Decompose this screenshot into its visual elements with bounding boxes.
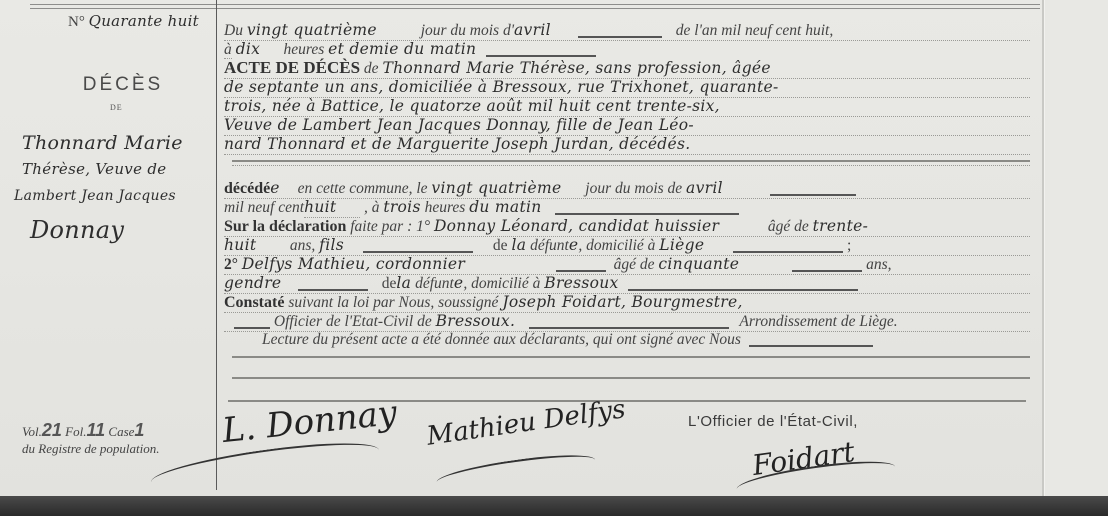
fill-line [529, 316, 729, 329]
declarant-1-city: Liège [659, 235, 729, 255]
text-age-de-2: âgé de [614, 256, 655, 273]
line-declarant-1-relation: huit ans, fils de la défunte, domicilié … [224, 235, 1030, 256]
feminine-suffix: e [569, 236, 578, 254]
deceased-identity: Thonnard Marie Thérèse, sans profession,… [382, 59, 770, 77]
text-sur-la-declaration: Sur la déclaration [224, 218, 346, 235]
text-du: Du [224, 22, 243, 39]
commune-written: Bressoux. [436, 311, 526, 331]
text-lecture: Lecture du présent acte a été donnée aux… [262, 331, 741, 348]
fill-line [298, 278, 368, 291]
text-year: de l'an mil neuf cent huit, [676, 22, 833, 39]
text-jour-du-mois: jour du mois d' [421, 22, 514, 39]
text-2: 2° [224, 256, 238, 273]
margin-deceased-line-2: Thérèse, Veuve de [22, 160, 166, 178]
declarant-2-relation: gendre [224, 273, 294, 293]
line-5: trois, née à Battice, le quatorze août m… [224, 96, 1030, 117]
line-declarant-2: 2° Delfys Mathieu, cordonnier âgé de cin… [224, 254, 1030, 275]
act-number-label: N° [68, 14, 85, 30]
blank-rule-2 [232, 377, 1030, 379]
line-constate: Constaté suivant la loi par Nous, soussi… [224, 292, 1030, 313]
line-6: Veuve de Lambert Jean Jacques Donnay, fi… [224, 115, 1030, 136]
fill-line [792, 259, 862, 272]
text-decede: décédé [224, 180, 270, 197]
hour-written: dix [236, 39, 280, 59]
text-suivant-la-loi: suivant la loi par Nous, soussigné [288, 294, 498, 311]
margin-deceased-line-3: Lambert Jean Jacques [14, 188, 176, 204]
margin-deceased-line-4: Donnay [30, 216, 124, 244]
line-date: Du vingt quatrième jour du mois d'avril … [224, 20, 1030, 41]
officer-label: L'Officier de l'État-Civil, [688, 413, 858, 430]
time-detail: et demie du matin [328, 40, 476, 58]
text-arrondissement: Arrondissement de Liège. [739, 313, 897, 330]
adjacent-page-margin [1044, 0, 1108, 496]
death-certificate-page: N° Quarante huit DÉCÈS DE Thonnard Marie… [0, 0, 1108, 516]
margin-divider [216, 0, 217, 490]
text-la: la [396, 274, 411, 292]
text-defunt: défunt [415, 275, 454, 292]
declarant-2: Delfys Mathieu, cordonnier [242, 254, 552, 274]
text-jour-mois: jour du mois de [585, 180, 682, 197]
text-heures: heures [284, 41, 325, 58]
text-mil-neuf-cent: mil neuf cent [224, 199, 304, 216]
folio-value: 11 [86, 420, 105, 440]
fill-line [486, 44, 596, 57]
line-time: à dix heures et demie du matin [224, 39, 1030, 59]
officer-name: Joseph Foidart, Bourgmestre, [502, 293, 742, 311]
fill-line [628, 278, 858, 291]
text-de: de [364, 60, 379, 77]
text-constate: Constaté [224, 294, 284, 311]
vol-label: Vol. [22, 424, 42, 439]
acte-de-deces-heading: ACTE DE DÉCÈS [224, 58, 360, 77]
case-value: 1 [134, 420, 144, 440]
text-ans-2: ans, [866, 256, 891, 273]
death-day-written-2: vingt quatrième [431, 178, 581, 198]
text-defunt: défunt [530, 237, 569, 254]
line-lecture: Lecture du présent acte a été donnée aux… [262, 330, 1030, 350]
section-rule [232, 160, 1030, 162]
line-7: nard Thonnard et de Marguerite Joseph Ju… [224, 134, 1030, 155]
text-de: de [493, 237, 508, 254]
year-written: huit [304, 197, 360, 218]
declarant-2-age: cinquante [658, 254, 788, 274]
text-domicilie: , domicilié à [463, 275, 540, 292]
month-written-2: avril [686, 178, 766, 198]
text-commune: en cette commune, le [298, 180, 428, 197]
fill-line [749, 334, 873, 347]
fill-line [770, 183, 856, 196]
line-declarant-2-relation: gendre dela défunte, domicilié à Bressou… [224, 273, 1030, 294]
text-ans: ans, [290, 237, 315, 254]
folio-label: Fol. [65, 424, 86, 439]
text-age-de: âgé de [768, 218, 809, 235]
margin-deceased-line-1: Thonnard Marie [22, 132, 183, 154]
margin-de: DE [110, 103, 123, 112]
register-label: du Registre de population. [22, 441, 159, 457]
margin-title: DÉCÈS [70, 74, 176, 96]
top-rule [30, 4, 1040, 9]
text-semicolon: ; [847, 237, 851, 254]
blank-rule-1 [232, 356, 1030, 358]
line-officier: Officier de l'Etat-Civil de Bressoux. Ar… [224, 311, 1030, 332]
fill-line [555, 202, 739, 215]
text-a: à [224, 41, 232, 59]
declarant-1-relation: fils [319, 235, 359, 255]
text-la: la [511, 236, 526, 254]
line-deceased-place: décédée en cette commune, le vingt quatr… [224, 178, 1030, 199]
line-acte: ACTE DE DÉCÈS de Thonnard Marie Thérèse,… [224, 58, 1030, 79]
signature-flourish [435, 449, 597, 493]
text-de: de [382, 275, 397, 292]
month-written: avril [514, 20, 574, 40]
line-death-time: mil neuf centhuit , à trois heures du ma… [224, 197, 1030, 217]
hour-written-2: trois [383, 198, 420, 216]
signature-declarant-2: Mathieu Delfys [425, 394, 627, 452]
declarant-1: Donnay Léonard, candidat huissier [434, 216, 764, 236]
declarant-2-city: Bressoux [544, 273, 624, 293]
case-label: Case [108, 424, 134, 439]
fill-line [733, 240, 843, 253]
fill-line [578, 25, 662, 38]
population-register-ref: Vol.21 Fol.11 Case1 [22, 420, 144, 441]
text-faite-par: faite par : 1° [350, 218, 430, 235]
feminine-suffix: e [454, 274, 463, 292]
declarant-1-age-cont: huit [224, 235, 286, 255]
line-declarant-1: Sur la déclaration faite par : 1° Donnay… [224, 216, 1030, 237]
section-rule-dotted [232, 165, 1030, 166]
fill-line [234, 316, 270, 329]
act-number-value: Quarante huit [89, 12, 199, 30]
page-edge [1042, 0, 1044, 500]
feminine-suffix: e [270, 179, 279, 197]
text-a-2: , à [364, 199, 380, 216]
text-officier-etat-civil: Officier de l'Etat-Civil de [274, 313, 432, 330]
fill-line [363, 240, 473, 253]
scan-bottom-edge [0, 496, 1108, 516]
vol-value: 21 [42, 420, 62, 440]
text-domicilie: , domicilié à [578, 237, 655, 254]
line-4: de septante un ans, domiciliée à Bressou… [224, 77, 1030, 98]
text-heures-2: heures [425, 199, 466, 216]
act-number: N° Quarante huit [68, 12, 199, 31]
death-day-written: vingt quatrième [247, 20, 417, 40]
time-detail-2: du matin [469, 198, 541, 216]
declarant-1-age: trente- [813, 217, 869, 235]
fill-line [556, 259, 606, 272]
